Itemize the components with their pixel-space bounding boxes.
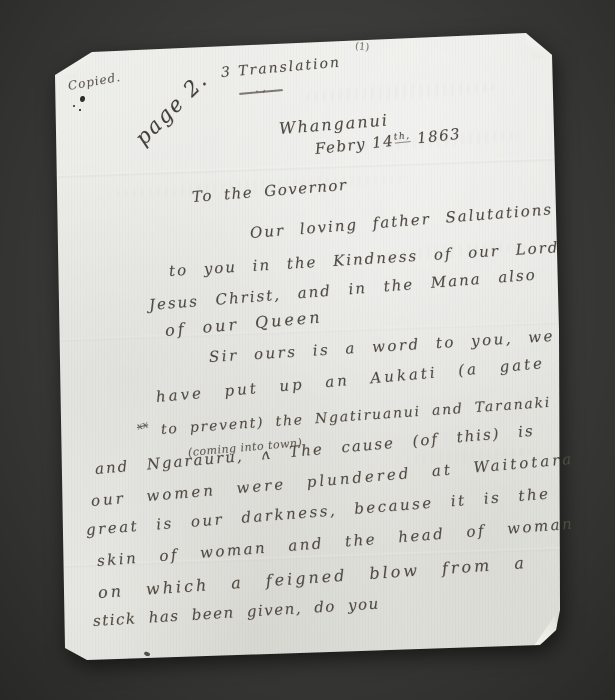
copied-annotation: Copied.: [67, 70, 122, 93]
salutation-line: To the Governor: [191, 176, 348, 206]
page-number-note: page 2.: [130, 68, 212, 150]
date-day: Febry 14: [314, 132, 395, 158]
folio-mark: (1): [354, 41, 369, 53]
translation-punctuation: . ,: [254, 81, 266, 95]
struck-out-word: xx: [136, 419, 150, 432]
photograph-of-letter: Copied. page 2. 3 Translation . , (1) Wh…: [0, 0, 615, 700]
ink-speck: [79, 109, 81, 111]
ink-speck: [73, 105, 75, 107]
body-line-1: Our loving father Salutations: [249, 200, 553, 242]
date-year: 1863: [416, 125, 462, 148]
handwriting-layer: Copied. page 2. 3 Translation . , (1) Wh…: [0, 0, 615, 700]
edge-mark: [143, 651, 150, 657]
translation-label: 3 Translation: [220, 55, 341, 81]
ink-blot: [80, 96, 85, 102]
body-line-4: of our Queen: [164, 307, 323, 340]
date-ordinal: th,: [393, 131, 411, 144]
body-line-13: stick has been given, do you: [92, 594, 380, 629]
